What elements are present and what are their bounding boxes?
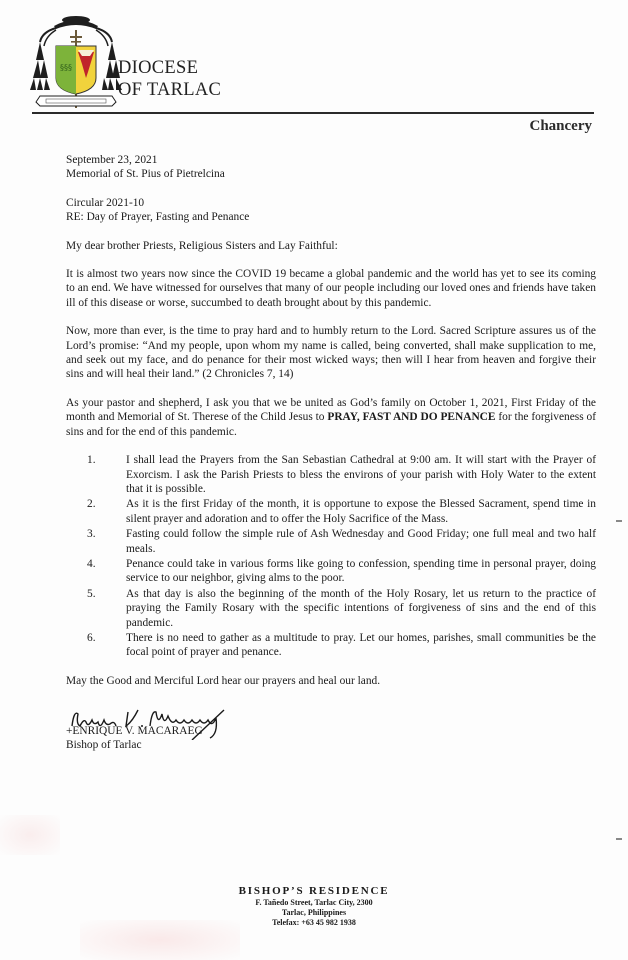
list-item-text: As that day is also the beginning of the… xyxy=(126,588,596,629)
list-item-text: As it is the first Friday of the month, … xyxy=(126,498,596,524)
office-label: Chancery xyxy=(530,118,593,135)
list-item: 2.As it is the first Friday of the month… xyxy=(66,497,596,526)
diocese-name: DIOCESE OF TARLAC xyxy=(118,57,221,101)
footer-address-country: Tarlac, Philippines xyxy=(0,908,628,918)
signature-block: +ENRIQUE V. MACARAEG Bishop of Tarlac xyxy=(66,702,596,762)
scan-edge-mark xyxy=(616,838,622,840)
letterhead: §§§ DIOCESE OF TARLAC Chancery xyxy=(0,0,628,150)
list-number: 4. xyxy=(87,557,96,571)
list-item: 4.Penance could take in various forms li… xyxy=(66,557,596,586)
closing-blessing: May the Good and Merciful Lord hear our … xyxy=(66,674,596,688)
list-item: 1.I shall lead the Prayers from the San … xyxy=(66,453,596,496)
paragraph-call-to-prayer: As your pastor and shepherd, I ask you t… xyxy=(66,396,596,439)
circular-number: Circular 2021-10 xyxy=(66,196,596,210)
letter-date: September 23, 2021 xyxy=(66,153,596,167)
paragraph-pandemic: It is almost two years now since the COV… xyxy=(66,267,596,310)
residence-footer: BISHOP’S RESIDENCE F. Tañedo Street, Tar… xyxy=(0,885,628,928)
list-item: 3.Fasting could follow the simple rule o… xyxy=(66,527,596,556)
list-number: 1. xyxy=(87,453,96,467)
list-item: 5.As that day is also the beginning of t… xyxy=(66,587,596,630)
footer-address-street: F. Tañedo Street, Tarlac City, 2300 xyxy=(0,898,628,908)
list-number: 5. xyxy=(87,587,96,601)
call-text-emphasis: PRAY, FAST AND DO PENANCE xyxy=(327,411,495,423)
salutation: My dear brother Priests, Religious Siste… xyxy=(66,239,596,253)
list-item-text: I shall lead the Prayers from the San Se… xyxy=(126,454,596,495)
paragraph-scripture: Now, more than ever, is the time to pray… xyxy=(66,324,596,382)
instructions-list: 1.I shall lead the Prayers from the San … xyxy=(66,453,596,660)
letterhead-divider xyxy=(32,112,594,114)
list-number: 2. xyxy=(87,497,96,511)
letter-dateline: September 23, 2021 Memorial of St. Pius … xyxy=(66,153,596,182)
scan-smudge xyxy=(0,815,60,855)
list-item-text: Fasting could follow the simple rule of … xyxy=(126,528,596,554)
letter-subject: RE: Day of Prayer, Fasting and Penance xyxy=(66,210,596,224)
list-item: 6.There is no need to gather as a multit… xyxy=(66,631,596,660)
letter-body: September 23, 2021 Memorial of St. Pius … xyxy=(66,153,596,762)
signer-details: +ENRIQUE V. MACARAEG Bishop of Tarlac xyxy=(66,724,203,752)
signer-name: +ENRIQUE V. MACARAEG xyxy=(66,724,203,738)
list-item-text: There is no need to gather as a multitud… xyxy=(126,632,596,658)
svg-text:§§§: §§§ xyxy=(60,63,72,72)
list-item-text: Penance could take in various forms like… xyxy=(126,558,596,584)
org-name-line-1: DIOCESE xyxy=(118,57,221,79)
letter-memorial: Memorial of St. Pius of Pietrelcina xyxy=(66,167,596,181)
signer-title: Bishop of Tarlac xyxy=(66,738,203,752)
org-name-line-2: OF TARLAC xyxy=(118,79,221,101)
letter-reference: Circular 2021-10 RE: Day of Prayer, Fast… xyxy=(66,196,596,225)
list-number: 3. xyxy=(87,527,96,541)
list-number: 6. xyxy=(87,631,96,645)
footer-telefax: Telefax: +63 45 982 1938 xyxy=(0,918,628,928)
footer-title: BISHOP’S RESIDENCE xyxy=(0,885,628,898)
scan-edge-mark xyxy=(616,520,622,522)
diocesan-coat-of-arms-icon: §§§ xyxy=(30,12,122,110)
